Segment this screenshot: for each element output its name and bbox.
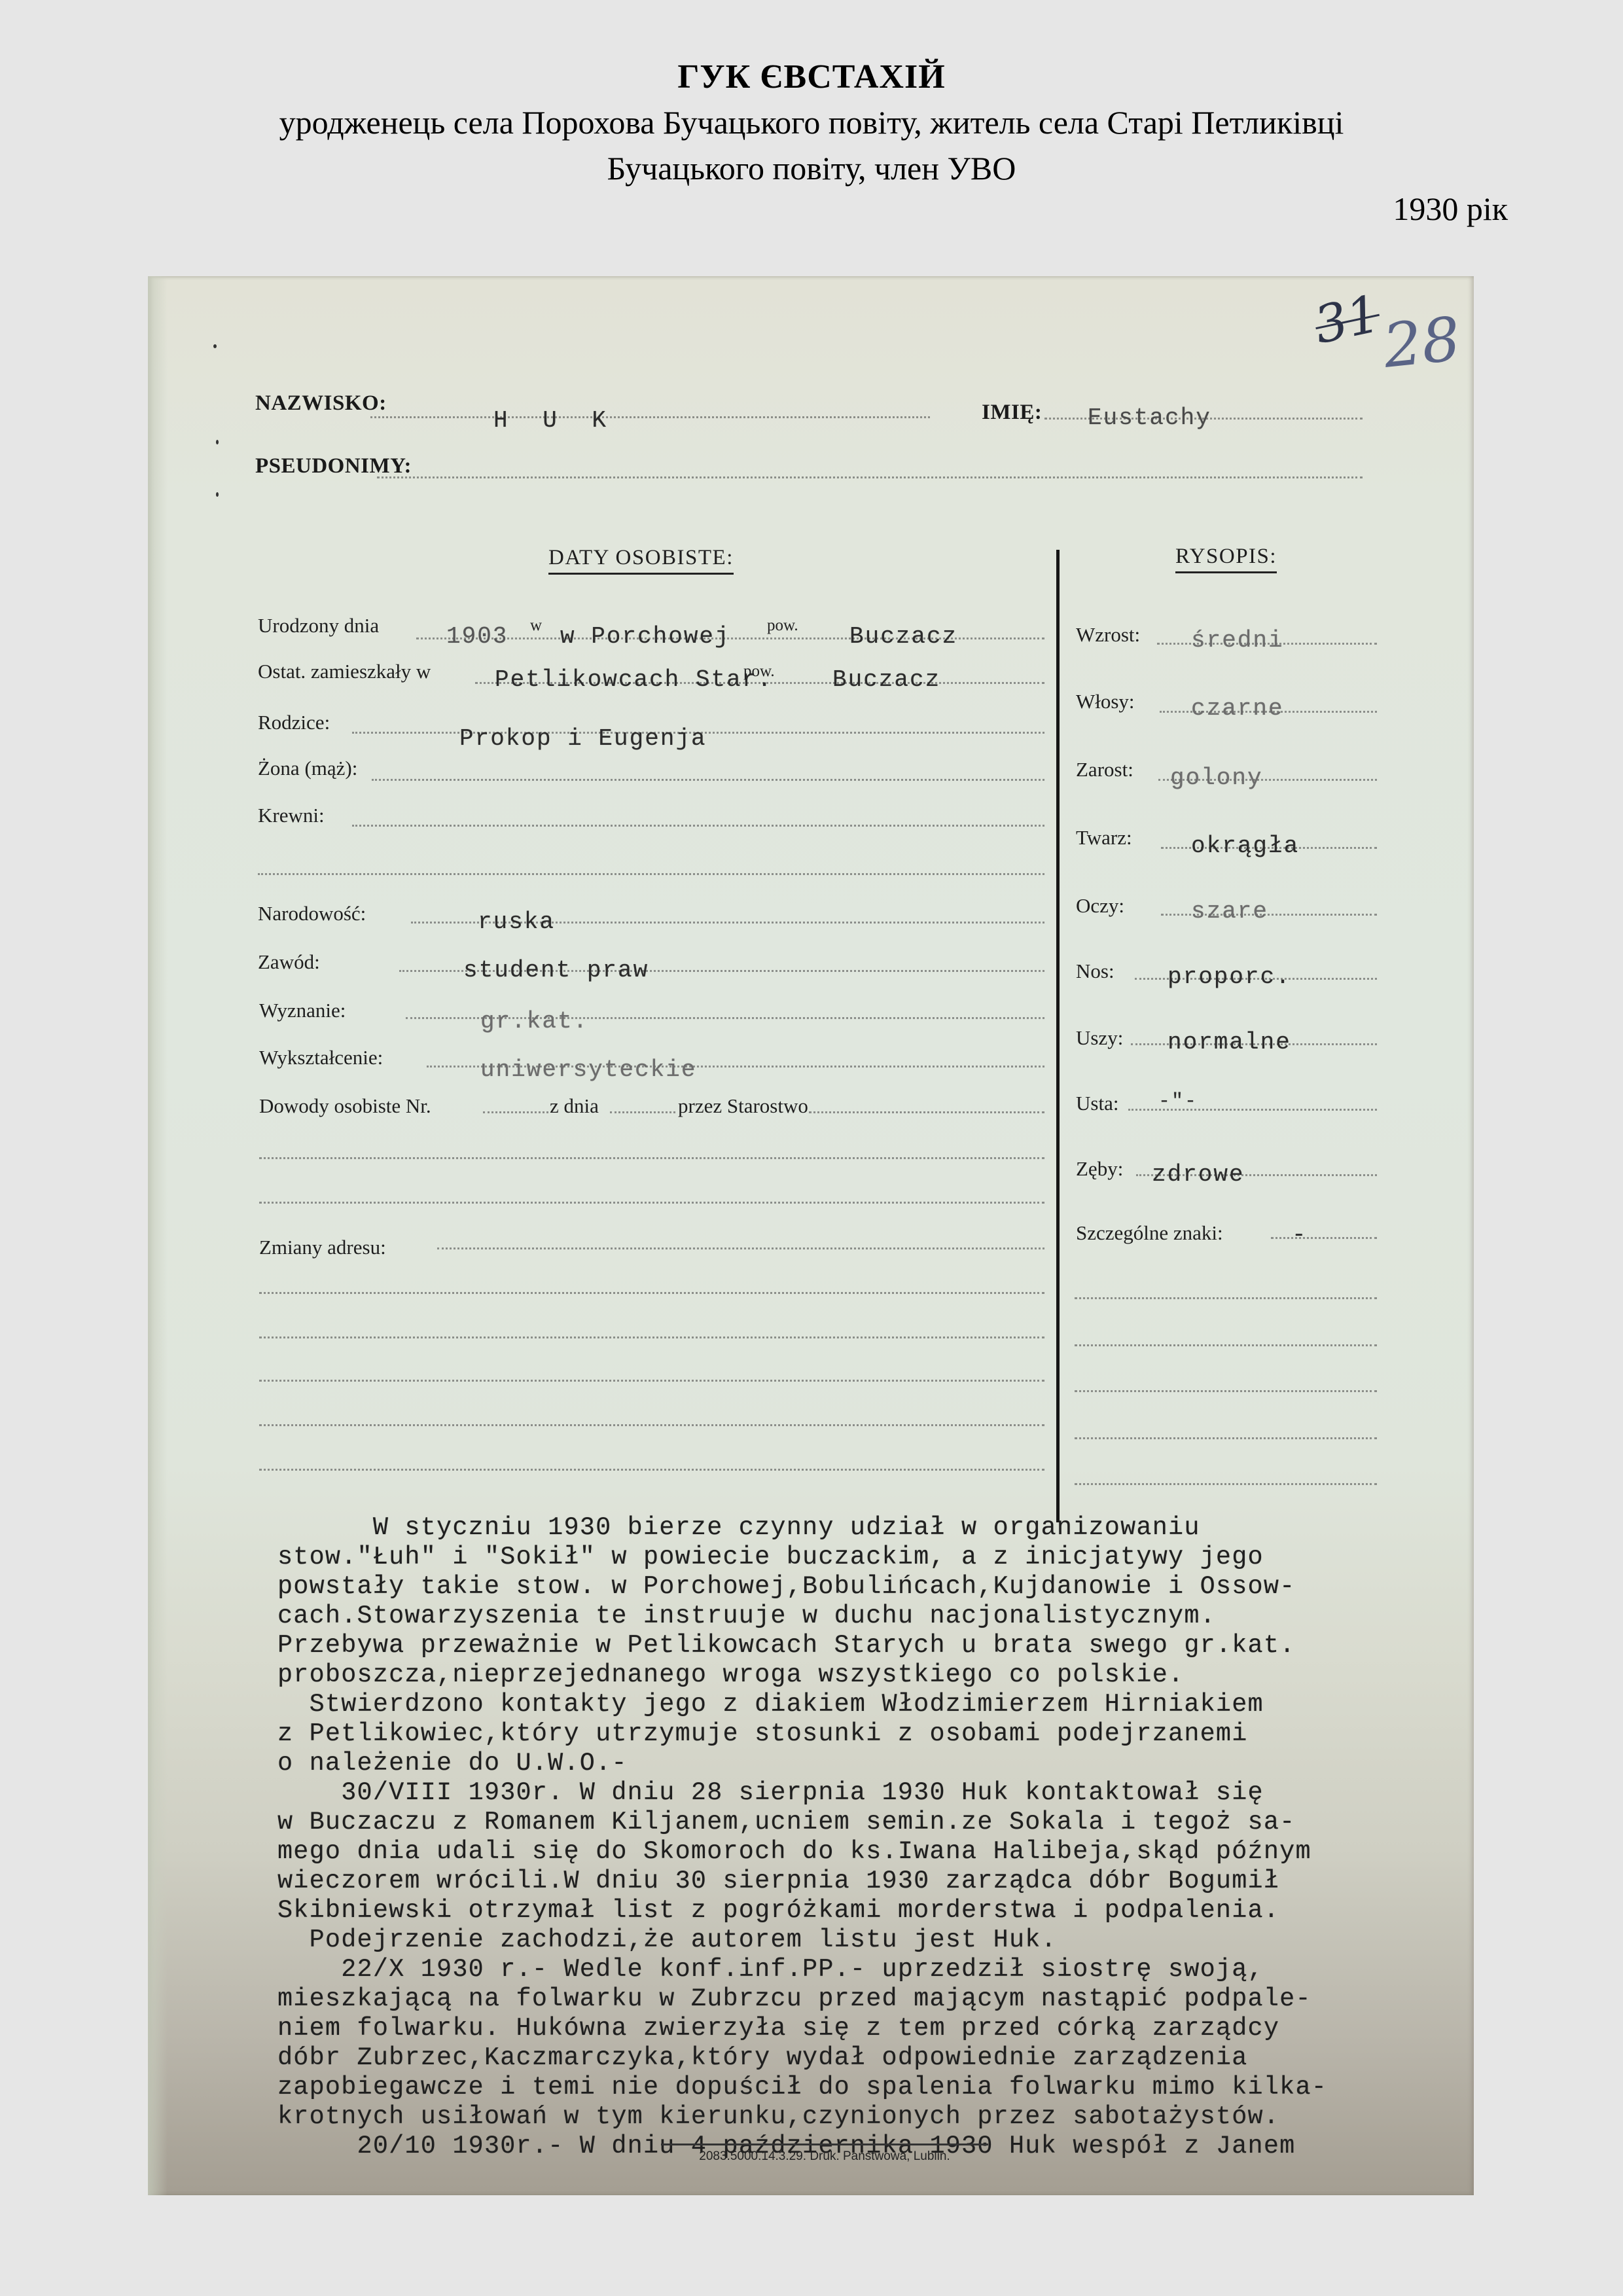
id-date-label: z dnia xyxy=(550,1094,599,1118)
id-number-field-line xyxy=(483,1111,548,1113)
narrative-line: mieszkającą na folwarku w Zubrzcu przed … xyxy=(277,1984,1469,2014)
birth-county-value: Buczacz xyxy=(849,623,957,650)
narrative-line: 22/X 1930 r.- Wedle konf.inf.PP.- uprzed… xyxy=(277,1955,1469,1984)
rysopis-value-hair: czarne xyxy=(1191,695,1284,722)
narrative-line: krotnych usiłowań w tym kierunku,czynion… xyxy=(277,2102,1469,2132)
blank-field-line xyxy=(1075,1344,1377,1346)
rysopis-value-height: średni xyxy=(1191,627,1284,654)
archival-record-card: 31 28 NAZWISKO: H U K IMIĘ: Eustachy PSE… xyxy=(148,276,1474,2195)
narrative-line: mego dnia udali się do Skomoroch do ks.I… xyxy=(277,1837,1469,1867)
id-documents-label: Dowody osobiste Nr. xyxy=(259,1094,431,1118)
paper-speck xyxy=(216,440,219,444)
first-name-value: Eustachy xyxy=(1088,404,1211,431)
surname-label: NAZWISKO: xyxy=(255,391,387,416)
typed-narrative: W styczniu 1930 bierze czynny udział w o… xyxy=(277,1513,1469,2161)
education-label: Wykształcenie: xyxy=(259,1046,383,1069)
rysopis-label-distinguishing-marks: Szczególne znaki: xyxy=(1076,1221,1223,1245)
narrative-line: cach.Stowarzyszenia te instruuje w duchu… xyxy=(277,1602,1469,1631)
birth-year-value: 1903 xyxy=(446,623,508,650)
residence-label: Ostat. zamieszkały w xyxy=(258,660,431,683)
pseudonyms-field-line xyxy=(377,476,1363,478)
rysopis-value-distinguishing-marks: - xyxy=(1292,1221,1308,1248)
first-name-label: IMIĘ: xyxy=(982,401,1042,425)
blank-field-line xyxy=(1075,1297,1377,1299)
paper-speck xyxy=(216,492,219,497)
blank-field-line xyxy=(1075,1390,1377,1392)
rysopis-label-nose: Nos: xyxy=(1076,960,1115,983)
narrative-line: W styczniu 1930 bierze czynny udział w o… xyxy=(277,1513,1469,1543)
birth-place-value: w Porchowej xyxy=(560,623,730,650)
crossed-out-page-number: 31 xyxy=(1310,285,1385,356)
address-changes-line xyxy=(259,1292,1044,1294)
religion-label: Wyznanie: xyxy=(259,999,346,1022)
narrative-line: powstały takie stow. w Porchowej,Bobuliń… xyxy=(277,1572,1469,1602)
narrative-line: zapobiegawcze i temi nie dopuścił do spa… xyxy=(277,2073,1469,2102)
narrative-line: 30/VIII 1930r. W dniu 28 sierpnia 1930 H… xyxy=(277,1778,1469,1808)
header-year: 1930 рік xyxy=(1393,190,1508,228)
header-description-line-2: Бучацького повіту, член УВО xyxy=(0,149,1623,187)
pseudonyms-label: PSEUDONIMY: xyxy=(255,454,412,478)
id-issuer-field-line xyxy=(809,1111,1044,1113)
address-changes-line xyxy=(259,1469,1044,1471)
narrative-line: proboszcza,nieprzejednanego wroga wszyst… xyxy=(277,1660,1469,1690)
header-description-line-1: уродженець села Порохова Бучацького пові… xyxy=(0,103,1623,141)
description-heading: RYSOPIS: xyxy=(1175,545,1277,573)
narrative-line: Podejrzenie zachodzi,że autorem listu je… xyxy=(277,1926,1469,1955)
narrative-line: niem folwarku. Hukówna zwierzyła się z t… xyxy=(277,2014,1469,2043)
rysopis-line-distinguishing-marks xyxy=(1271,1237,1377,1239)
narrative-line: z Petlikowiec,który utrzymuje stosunki z… xyxy=(277,1719,1469,1749)
narrative-line: dóbr Zubrzec,Kaczmarczyka,który wydał od… xyxy=(277,2043,1469,2073)
rysopis-value-ears: normalne xyxy=(1168,1029,1291,1056)
surname-field-line xyxy=(370,416,930,418)
parents-value: Prokop i Eugenja xyxy=(459,725,707,752)
narrative-line: Przebywa przeważnie w Petlikowcach Stary… xyxy=(277,1631,1469,1660)
parents-label: Rodzice: xyxy=(258,711,330,734)
address-changes-line xyxy=(259,1336,1044,1338)
relatives-field-line xyxy=(352,825,1044,827)
address-changes-line xyxy=(259,1424,1044,1426)
id-date-field-line xyxy=(610,1111,675,1113)
spouse-label: Żona (mąż): xyxy=(258,757,357,780)
rysopis-label-teeth: Zęby: xyxy=(1076,1157,1123,1181)
relatives-field-line-2 xyxy=(258,873,1044,875)
personal-data-heading: DATY OSOBISTE: xyxy=(548,546,734,575)
residence-county-label: pow. xyxy=(743,662,775,681)
blank-field-line xyxy=(259,1157,1044,1159)
surname-value: H U K xyxy=(493,407,616,434)
address-changes-label: Zmiany adresu: xyxy=(259,1236,386,1259)
narrative-line: o należenie do U.W.O.- xyxy=(277,1749,1469,1778)
rysopis-label-eyes: Oczy: xyxy=(1076,894,1124,918)
nationality-value: ruska xyxy=(478,908,555,935)
rysopis-value-teeth: zdrowe xyxy=(1152,1161,1245,1188)
rysopis-label-mouth: Usta: xyxy=(1076,1092,1118,1115)
address-changes-field-line xyxy=(437,1247,1044,1249)
rysopis-value-facial-hair: golony xyxy=(1170,764,1263,791)
spouse-field-line xyxy=(372,779,1044,781)
narrative-line: wieczorem wrócili.W dniu 30 sierpnia 193… xyxy=(277,1867,1469,1896)
residence-place-value: Petlikowcach Star. xyxy=(495,666,773,693)
birth-county-label: pow. xyxy=(767,617,798,635)
printer-imprint: 2083.5000.14.3.29. Druk. Państwowa, Lubl… xyxy=(661,2149,988,2164)
relatives-label: Krewni: xyxy=(258,804,325,827)
rysopis-label-hair: Włosy: xyxy=(1076,690,1135,713)
id-issuer-label: przez Starostwo xyxy=(678,1094,808,1118)
person-name-title: ГУК ЄВСТАХІЙ xyxy=(0,58,1623,96)
nationality-label: Narodowość: xyxy=(258,902,366,925)
page-number: 28 xyxy=(1380,304,1464,382)
occupation-label: Zawód: xyxy=(258,950,320,974)
blank-field-line xyxy=(259,1202,1044,1204)
rysopis-value-face: okrągła xyxy=(1191,833,1299,859)
narrative-line: stow."Łuh" i "Sokił" w powiecie buczacki… xyxy=(277,1543,1469,1572)
rysopis-label-facial-hair: Zarost: xyxy=(1076,758,1133,781)
birth-in-label: w xyxy=(530,617,542,635)
birth-label: Urodzony dnia xyxy=(258,614,379,637)
education-value: uniwersyteckie xyxy=(480,1056,696,1083)
occupation-value: student praw xyxy=(463,957,649,984)
rysopis-label-face: Twarz: xyxy=(1076,826,1132,850)
address-changes-line xyxy=(259,1380,1044,1382)
rysopis-value-eyes: szare xyxy=(1191,898,1268,925)
rysopis-value-nose: proporc. xyxy=(1168,963,1291,990)
paper-speck xyxy=(213,344,217,348)
residence-county-value: Buczacz xyxy=(832,666,940,693)
religion-value: gr.kat. xyxy=(480,1008,588,1035)
blank-field-line xyxy=(1075,1437,1377,1439)
narrative-line: Stwierdzono kontakty jego z diakiem Włod… xyxy=(277,1690,1469,1719)
rysopis-label-height: Wzrost: xyxy=(1076,623,1140,647)
column-divider xyxy=(1056,550,1060,1522)
narrative-line: w Buczaczu z Romanem Kiljanem,ucniem sem… xyxy=(277,1808,1469,1837)
rysopis-value-mouth: -"- xyxy=(1158,1090,1198,1113)
narrative-line: Skibniewski otrzymał list z pogróżkami m… xyxy=(277,1896,1469,1926)
blank-field-line xyxy=(1075,1483,1377,1485)
printer-imprint-rule xyxy=(661,2144,988,2145)
rysopis-label-ears: Uszy: xyxy=(1076,1026,1123,1050)
